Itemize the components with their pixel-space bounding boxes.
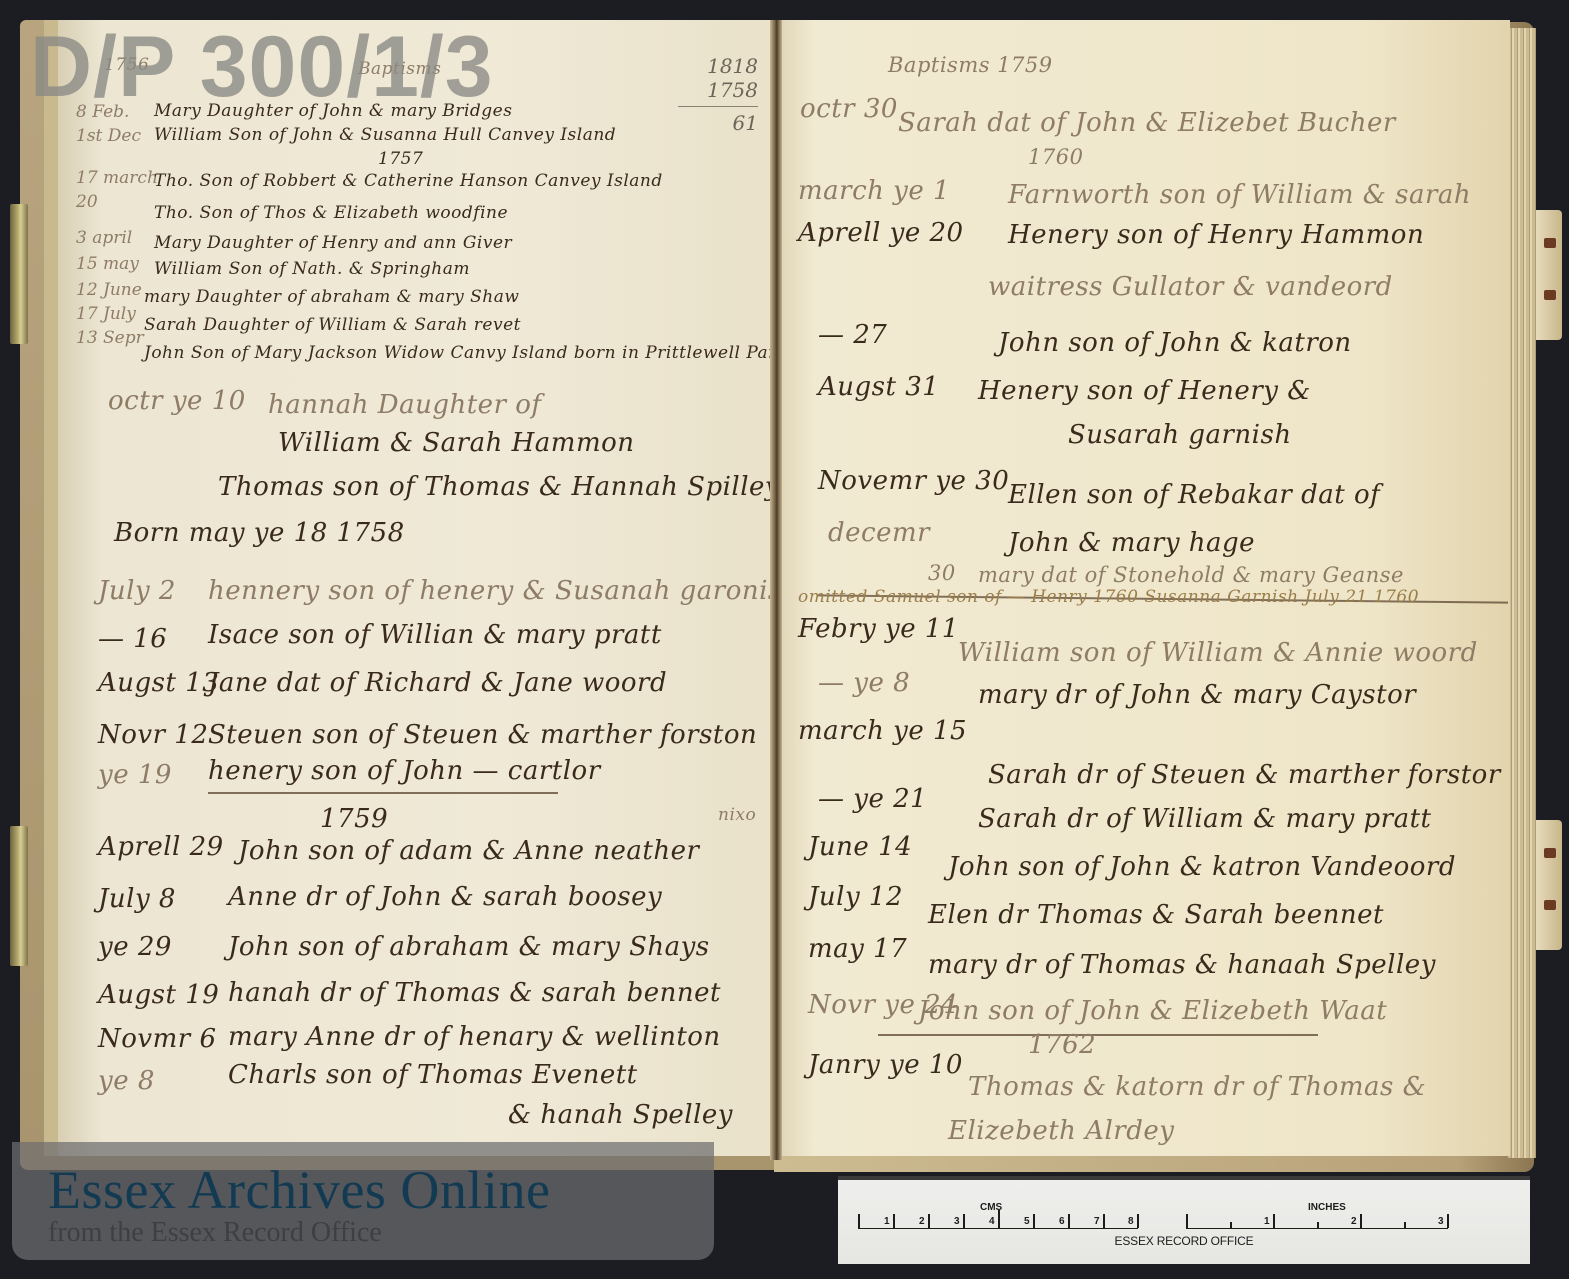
entry-text: Thomas & katorn dr of Thomas & bbox=[968, 1072, 1426, 1102]
record-office-label: ESSEX RECORD OFFICE bbox=[838, 1234, 1530, 1248]
entry-date: Janry ye 10 bbox=[808, 1050, 963, 1080]
entry-text: Elizebeth Alrdey bbox=[948, 1116, 1174, 1146]
entry-date: 20 bbox=[76, 192, 98, 212]
inches-tick-label: 3 bbox=[1438, 1216, 1444, 1227]
entry-divider bbox=[878, 1034, 1318, 1036]
tally-note: 1818 1758 61 bbox=[678, 54, 758, 135]
entry-text: John & mary hage bbox=[1008, 528, 1255, 558]
entry-text: mary Daughter of abraham & mary Shaw bbox=[144, 282, 519, 312]
entry-text: Elen dr Thomas & Sarah beennet bbox=[928, 900, 1384, 930]
entry-text: John son of John & katron bbox=[998, 328, 1352, 358]
inches-tick-label: 2 bbox=[1351, 1216, 1357, 1227]
entry-text: Sarah dr of William & mary pratt bbox=[978, 804, 1432, 834]
entry-text: William & Sarah Hammon bbox=[278, 428, 635, 458]
entry-date: may 17 bbox=[808, 934, 907, 964]
cms-tick-label: 8 bbox=[1128, 1216, 1134, 1227]
entry-date: 15 may bbox=[76, 254, 139, 274]
tally-line-2: 1758 bbox=[678, 78, 758, 102]
archive-branding: Essex Archives Online from the Essex Rec… bbox=[12, 1142, 714, 1260]
entry-text: mary Anne dr of henary & wellinton bbox=[228, 1022, 721, 1052]
brass-clasp-upper bbox=[10, 204, 28, 344]
entry-date: Aprell 29 bbox=[98, 832, 224, 862]
entry-text: John son of John & Elizebeth Waat bbox=[918, 996, 1387, 1026]
cms-tick-label: 4 bbox=[989, 1216, 995, 1227]
year-marker-1759: 1759 bbox=[320, 804, 388, 834]
cms-tick-label: 2 bbox=[919, 1216, 925, 1227]
inches-tick-label: 1 bbox=[1264, 1216, 1270, 1227]
entry-text: & hanah Spelley bbox=[508, 1100, 733, 1130]
tally-line-1: 1818 bbox=[678, 54, 758, 78]
entry-date: — ye 8 bbox=[818, 668, 910, 698]
entry-text: henery son of John — cartlor bbox=[208, 756, 601, 786]
entry-text: Steuen son of Steuen & marther forston bbox=[208, 720, 757, 750]
entry-text: Farnworth son of William & sarah bbox=[1008, 180, 1471, 210]
entry-text: Charls son of Thomas Evenett bbox=[228, 1060, 638, 1090]
cms-tick-label: 3 bbox=[954, 1216, 960, 1227]
entry-date: 1st Dec bbox=[76, 126, 141, 146]
section-divider bbox=[208, 792, 558, 794]
leather-tab-upper bbox=[1536, 210, 1562, 340]
entry-date: Novemr ye 30 bbox=[818, 466, 1009, 496]
entry-text: John Son of Mary Jackson Widow Canvy Isl… bbox=[144, 338, 792, 368]
entry-date: Novmr 6 bbox=[98, 1024, 216, 1054]
reference-code-watermark: D/P 300/1/3 bbox=[30, 24, 494, 110]
entry-date: July 8 bbox=[98, 884, 176, 914]
entry-date: march ye 1 bbox=[798, 176, 950, 206]
entry-date: 3 april bbox=[76, 228, 132, 248]
entry-date: 13 Sepr bbox=[76, 328, 144, 348]
entry-date: Novr 12 bbox=[98, 720, 208, 750]
entry-text: Isace son of Willian & mary pratt bbox=[208, 620, 662, 650]
entry-date: ye 19 bbox=[98, 760, 172, 790]
entry-date: Aprell ye 20 bbox=[798, 218, 964, 248]
entry-date: octr ye 10 bbox=[108, 386, 246, 416]
brand-title: Essex Archives Online bbox=[48, 1162, 550, 1218]
entry-date: ye 29 bbox=[98, 932, 172, 962]
page-edges bbox=[1508, 28, 1536, 1158]
tally-rule bbox=[678, 106, 758, 107]
entry-text: Jane dat of Richard & Jane woord bbox=[208, 668, 667, 698]
right-page: Baptisms 1759 octr 30 Sarah dat of John … bbox=[778, 20, 1510, 1156]
brass-clasp-lower bbox=[10, 826, 28, 966]
entry-text: Sarah Daughter of William & Sarah revet bbox=[144, 310, 521, 340]
entry-text: hannah Daughter of bbox=[268, 390, 542, 420]
entry-date: Augst 13 bbox=[98, 668, 219, 698]
entry-date: Augst 19 bbox=[98, 980, 219, 1010]
cms-tick-label: 6 bbox=[1059, 1216, 1065, 1227]
entry-date: decemr bbox=[828, 518, 930, 548]
cms-tick-label: 7 bbox=[1094, 1216, 1100, 1227]
register-book: 1756 Baptisms 1818 1758 61 8 Feb. Mary D… bbox=[12, 14, 1542, 1174]
tally-total: 61 bbox=[678, 111, 758, 135]
entry-date: march ye 15 bbox=[798, 716, 967, 746]
inches-scale: 1 2 3 bbox=[1186, 1214, 1448, 1229]
left-page: 1756 Baptisms 1818 1758 61 8 Feb. Mary D… bbox=[44, 20, 792, 1156]
inches-label: INCHES bbox=[1308, 1202, 1346, 1213]
entry-text: Sarah dr of Steuen & marther forstor bbox=[988, 760, 1501, 790]
cms-tick-label: 1 bbox=[884, 1216, 890, 1227]
entry-text: Henery son of Henery & bbox=[978, 376, 1311, 406]
leather-tab-lower bbox=[1536, 820, 1562, 950]
margin-note: nixo bbox=[718, 800, 756, 830]
year-marker: 1760 bbox=[1028, 142, 1083, 172]
page-heading-baptisms-1759: Baptisms 1759 bbox=[888, 50, 1053, 80]
entry-date: ye 8 bbox=[98, 1066, 155, 1096]
entry-text: Ellen son of Rebakar dat of bbox=[1008, 480, 1380, 510]
entry-text: Thomas son of Thomas & Hannah Spilley bbox=[218, 472, 780, 502]
entry-text: Born may ye 18 1758 bbox=[114, 518, 405, 548]
entry-text: Tho. Son of Robbert & Catherine Hanson C… bbox=[154, 166, 663, 196]
entry-text: mary dr of John & mary Caystor bbox=[978, 680, 1416, 710]
entry-text: John son of adam & Anne neather bbox=[238, 836, 699, 866]
entry-date: octr 30 bbox=[800, 94, 898, 124]
entry-text: mary dr of Thomas & hanaah Spelley bbox=[928, 950, 1436, 980]
entry-date: — ye 21 bbox=[818, 784, 927, 814]
entry-text: Tho. Son of Thos & Elizabeth woodfine bbox=[154, 198, 508, 228]
entry-text: William son of William & Annie woord bbox=[958, 638, 1478, 668]
entry-date: 17 march bbox=[76, 168, 158, 188]
entry-text: hanah dr of Thomas & sarah bennet bbox=[228, 978, 721, 1008]
entry-date: 12 June bbox=[76, 280, 142, 300]
entry-date: 17 July bbox=[76, 304, 136, 324]
entry-text: John son of abraham & mary Shays bbox=[228, 932, 710, 962]
brand-subtitle: from the Essex Record Office bbox=[48, 1218, 382, 1248]
entry-date: July 2 bbox=[98, 576, 176, 606]
entry-date: Febry ye 11 bbox=[798, 614, 959, 644]
book-spine-gutter bbox=[770, 20, 782, 1160]
entry-date: Augst 31 bbox=[818, 372, 939, 402]
cms-scale: 1 2 3 4 5 6 7 8 bbox=[858, 1214, 1138, 1229]
omitted-entry-note: omitted Samuel son of — Henry 1760 Susan… bbox=[798, 582, 1419, 612]
entry-date: July 12 bbox=[808, 882, 903, 912]
entry-date: — 16 bbox=[98, 624, 167, 654]
entry-text: Sarah dat of John & Elizebet Bucher bbox=[898, 108, 1396, 138]
cms-tick-label: 5 bbox=[1024, 1216, 1030, 1227]
entry-text: Anne dr of John & sarah boosey bbox=[228, 882, 662, 912]
entry-text: William Son of Nath. & Springham bbox=[154, 254, 470, 284]
entry-text: John son of John & katron Vandeoord bbox=[948, 852, 1456, 882]
entry-date: — 27 bbox=[818, 320, 887, 350]
year-marker: 1762 bbox=[1028, 1030, 1096, 1060]
entry-text: Susarah garnish bbox=[1068, 420, 1292, 450]
scale-ruler: CMS 1 2 3 4 5 6 7 8 INCHES 1 2 3 ESSEX R… bbox=[838, 1176, 1530, 1264]
entry-date: June 14 bbox=[808, 832, 912, 862]
entry-text: waitress Gullator & vandeord bbox=[988, 272, 1393, 302]
entry-text: Henery son of Henry Hammon bbox=[1008, 220, 1424, 250]
entry-text: hennery son of henery & Susanah garonish bbox=[208, 576, 792, 606]
